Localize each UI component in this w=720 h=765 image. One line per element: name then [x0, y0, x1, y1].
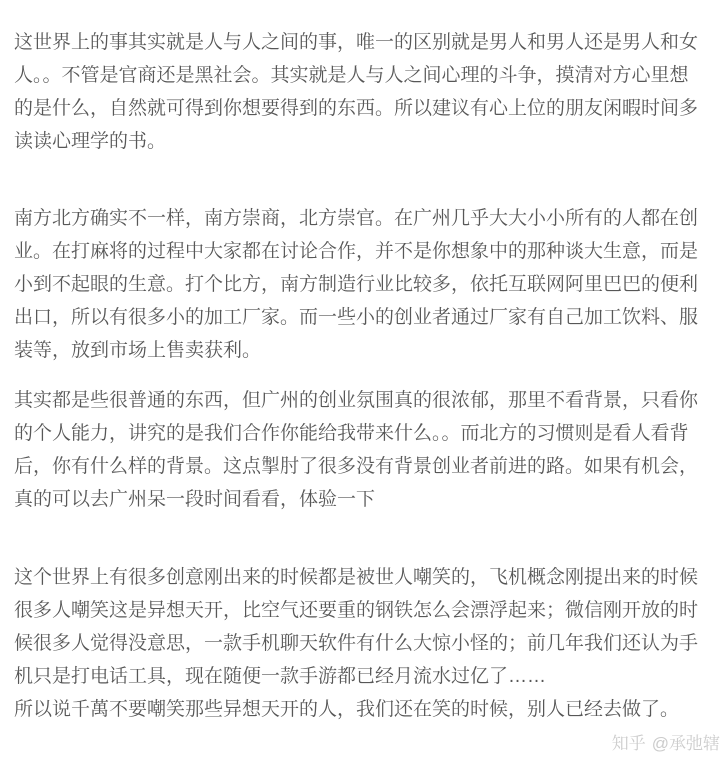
paragraph-5: 所以说千萬不要嘲笑那些异想天开的人，我们还在笑的时候，别人已经去做了。	[14, 693, 706, 726]
zhihu-brand-label: 知乎	[612, 734, 646, 753]
paragraph-1: 这世界上的事其实就是人与人之间的事，唯一的区别就是男人和男人还是男人和女人。。不…	[14, 26, 706, 158]
watermark-author-handle: @承弛辖	[652, 734, 720, 753]
paragraph-4: 这个世界上有很多创意刚出来的时候都是被世人嘲笑的，飞机概念刚提出来的时候很多人嘲…	[14, 561, 706, 693]
zhihu-watermark: 知乎@承弛辖	[14, 732, 720, 756]
paragraph-2: 南方北方确实不一样，南方崇商，北方崇官。在广州几乎大大小小所有的人都在创业。在打…	[14, 202, 706, 367]
article-body: 这世界上的事其实就是人与人之间的事，唯一的区别就是男人和男人还是男人和女人。。不…	[0, 0, 720, 756]
paragraph-3: 其实都是些很普通的东西，但广州的创业氛围真的很浓郁，那里不看背景，只看你的个人能…	[14, 384, 706, 516]
